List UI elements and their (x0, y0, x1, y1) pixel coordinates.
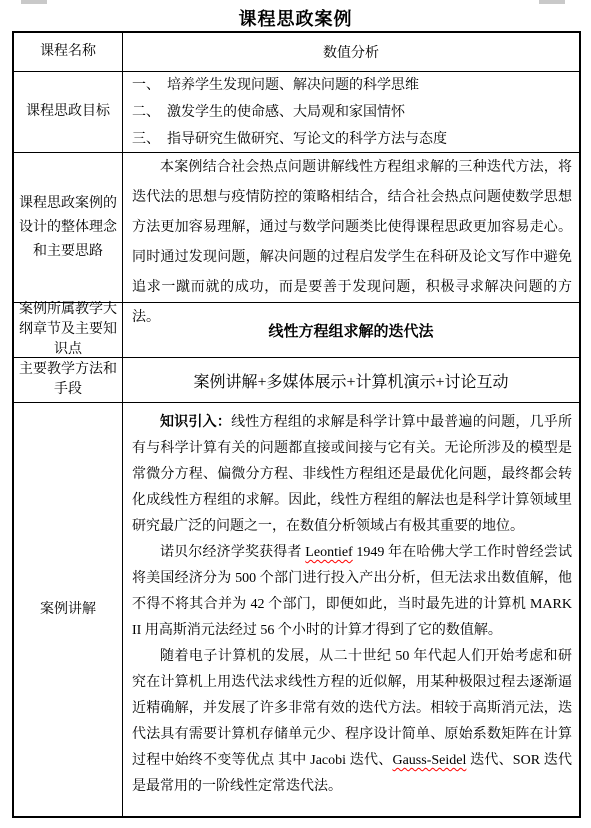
course-case-table: 课程名称 数值分析 课程思政目标 一、 培养学生发现问题、解决问题的科学思维 二… (12, 31, 581, 818)
leontief-spellcheck-word: Leontief (305, 545, 352, 560)
design-concept-label: 课程思政案例的设计的整体理念和主要思路 (14, 153, 123, 302)
case-paragraph-leontief: 诺贝尔经济学奖获得者 Leontief 1949 年在哈佛大学工作时曾经尝试将美… (132, 540, 572, 644)
teaching-methods-value: 案例讲解+多媒体展示+计算机演示+讨论互动 (123, 358, 579, 402)
knowledge-intro-lead: 知识引入： (160, 415, 231, 430)
goal-item-3: 三、 指导研究生做研究、写论文的科学方法与态度 (132, 126, 575, 153)
teaching-methods-label: 主要教学方法和手段 (14, 358, 123, 402)
table-row-syllabus: 案例所属教学大纲章节及主要知识点 线性方程组求解的迭代法 (14, 303, 579, 358)
iteration-text-1: 随着电子计算机的发展，从二十世纪 50 年代起人们开始考虑和研究在计算机上用迭代… (132, 649, 572, 768)
goals-label: 课程思政目标 (14, 72, 123, 152)
syllabus-label: 案例所属教学大纲章节及主要知识点 (14, 303, 123, 357)
case-explanation-value: 知识引入：线性方程组的求解是科学计算中最普遍的问题，几乎所有与科学计算有关的问题… (123, 403, 579, 816)
table-row-course-name: 课程名称 数值分析 (14, 33, 579, 72)
knowledge-intro-text: 线性方程组的求解是科学计算中最普遍的问题，几乎所有与科学计算有关的问题都直接或间… (132, 415, 572, 534)
case-paragraph-iteration: 随着电子计算机的发展，从二十世纪 50 年代起人们开始考虑和研究在计算机上用迭代… (132, 644, 572, 800)
leontief-text-1: 诺贝尔经济学奖获得者 (160, 545, 305, 560)
syllabus-value: 线性方程组求解的迭代法 (123, 303, 579, 357)
course-name-label: 课程名称 (14, 33, 123, 71)
page-margin-mark-right (539, 0, 565, 4)
table-row-goals: 课程思政目标 一、 培养学生发现问题、解决问题的科学思维 二、 激发学生的使命感… (14, 72, 579, 153)
design-concept-value: 本案例结合社会热点问题讲解线性方程组求解的三种迭代方法，将迭代法的思想与疫情防控… (123, 153, 579, 302)
goal-item-1: 一、 培养学生发现问题、解决问题的科学思维 (132, 72, 575, 99)
case-paragraph-knowledge-intro: 知识引入：线性方程组的求解是科学计算中最普遍的问题，几乎所有与科学计算有关的问题… (132, 410, 572, 540)
table-row-teaching-methods: 主要教学方法和手段 案例讲解+多媒体展示+计算机演示+讨论互动 (14, 358, 579, 403)
gauss-seidel-spellcheck-word: Gauss-Seidel (392, 753, 466, 768)
goal-item-2: 二、 激发学生的使命感、大局观和家国情怀 (132, 99, 575, 126)
course-name-value: 数值分析 (123, 33, 579, 71)
page-margin-mark-left (21, 0, 47, 4)
table-row-design-concept: 课程思政案例的设计的整体理念和主要思路 本案例结合社会热点问题讲解线性方程组求解… (14, 153, 579, 303)
table-row-case-explanation: 案例讲解 知识引入：线性方程组的求解是科学计算中最普遍的问题，几乎所有与科学计算… (14, 403, 579, 816)
document-title: 课程思政案例 (0, 5, 591, 31)
goals-value: 一、 培养学生发现问题、解决问题的科学思维 二、 激发学生的使命感、大局观和家国… (123, 72, 579, 152)
case-explanation-label: 案例讲解 (14, 403, 123, 816)
